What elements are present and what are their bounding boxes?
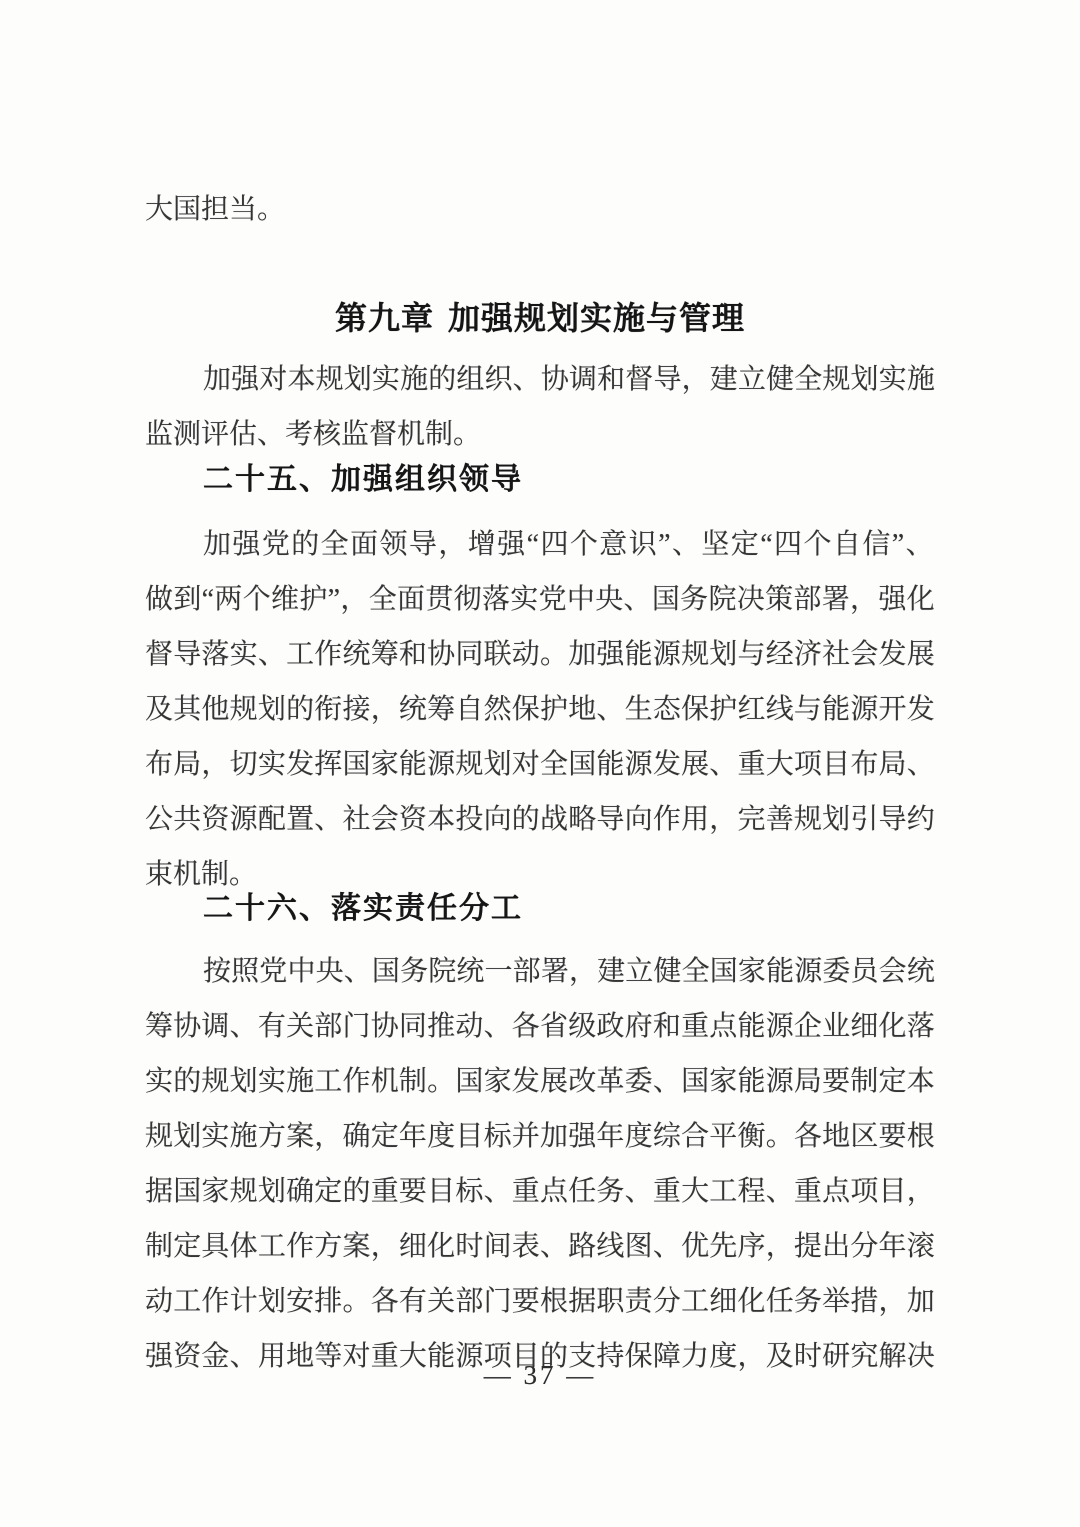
text-line: 及其他规划的衔接，统筹自然保护地、生态保护红线与能源开发 (145, 682, 935, 737)
text-line: 大国担当。 (145, 182, 935, 237)
text-line: 规划实施方案，确定年度目标并加强年度综合平衡。各地区要根 (145, 1109, 935, 1164)
chapter-title-text: 加强规划实施与管理 (448, 300, 745, 336)
text-line: 公共资源配置、社会资本投向的战略导向作用，完善规划引导约 (145, 792, 935, 847)
document-page: 大国担当。 第九章加强规划实施与管理 加强对本规划实施的组织、协调和督导，建立健… (0, 0, 1080, 1527)
intro-paragraph: 加强对本规划实施的组织、协调和督导，建立健全规划实施监测评估、考核监督机制。 (145, 352, 935, 462)
chapter-number: 第九章 (335, 300, 434, 336)
text-line: 加强对本规划实施的组织、协调和督导，建立健全规划实施 (145, 352, 935, 407)
text-line: 布局，切实发挥国家能源规划对全国能源发展、重大项目布局、 (145, 737, 935, 792)
text-line: 据国家规划确定的重要目标、重点任务、重大工程、重点项目， (145, 1164, 935, 1219)
text-line: 加强党的全面领导，增强“四个意识”、坚定“四个自信”、 (145, 517, 935, 572)
section-25-paragraph: 加强党的全面领导，增强“四个意识”、坚定“四个自信”、做到“两个维护”，全面贯彻… (145, 517, 935, 902)
chapter-heading: 第九章加强规划实施与管理 (145, 293, 935, 343)
section-26-paragraph: 按照党中央、国务院统一部署，建立健全国家能源委员会统筹协调、有关部门协同推动、各… (145, 944, 935, 1384)
text-line: 筹协调、有关部门协同推动、各省级政府和重点能源企业细化落 (145, 999, 935, 1054)
footer-page-number: — 37 — (0, 1355, 1080, 1395)
text-line: 制定具体工作方案，细化时间表、路线图、优先序，提出分年滚 (145, 1219, 935, 1274)
continuation-paragraph: 大国担当。 (145, 182, 935, 237)
text-line: 做到“两个维护”，全面贯彻落实党中央、国务院决策部署，强化 (145, 572, 935, 627)
section-heading-26: 二十六、落实责任分工 (145, 888, 993, 930)
text-line: 监测评估、考核监督机制。 (145, 407, 935, 462)
text-line: 实的规划实施工作机制。国家发展改革委、国家能源局要制定本 (145, 1054, 935, 1109)
text-line: 按照党中央、国务院统一部署，建立健全国家能源委员会统 (145, 944, 935, 999)
text-line: 督导落实、工作统筹和协同联动。加强能源规划与经济社会发展 (145, 627, 935, 682)
text-line: 动工作计划安排。各有关部门要根据职责分工细化任务举措，加 (145, 1274, 935, 1329)
section-heading-25: 二十五、加强组织领导 (145, 459, 993, 501)
